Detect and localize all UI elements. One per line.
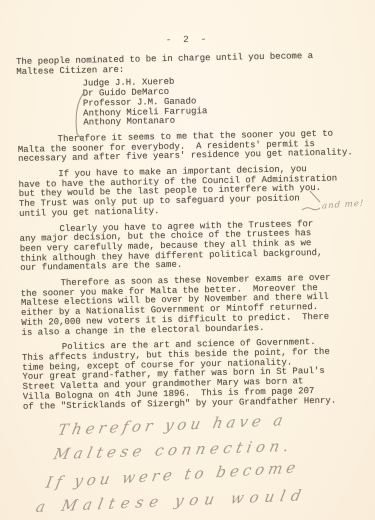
typed-text-block: The people nominated to be in charge unt… (16, 51, 373, 412)
handwriting-line: Therefor you have a (56, 411, 288, 439)
handwriting-line: If you were to become (45, 458, 301, 492)
paragraph-trustees: Clearly you have to agree with the Trust… (19, 218, 370, 274)
paragraph-intro: The people nominated to be in charge unt… (16, 51, 366, 77)
document-page: - 2 - The people nominated to be in char… (0, 0, 375, 520)
nominee-list: Judge J.H. Xuereb Dr Guido DeMarco Profe… (82, 74, 367, 128)
paragraph-elections: Therefore as soon as these November exam… (20, 273, 371, 338)
paragraph-politics: Politics are the art and science of Gove… (22, 337, 373, 412)
margin-annotation: and me! (300, 190, 372, 220)
page-number: - 2 - (0, 31, 375, 49)
handwriting-line: Maltese connection. (52, 437, 295, 463)
handwriting-line: a Maltese you would (34, 486, 308, 516)
handwritten-bracket-mark (72, 92, 88, 146)
paragraph-sooner: Therefore it seems to me that the sooner… (18, 129, 369, 165)
